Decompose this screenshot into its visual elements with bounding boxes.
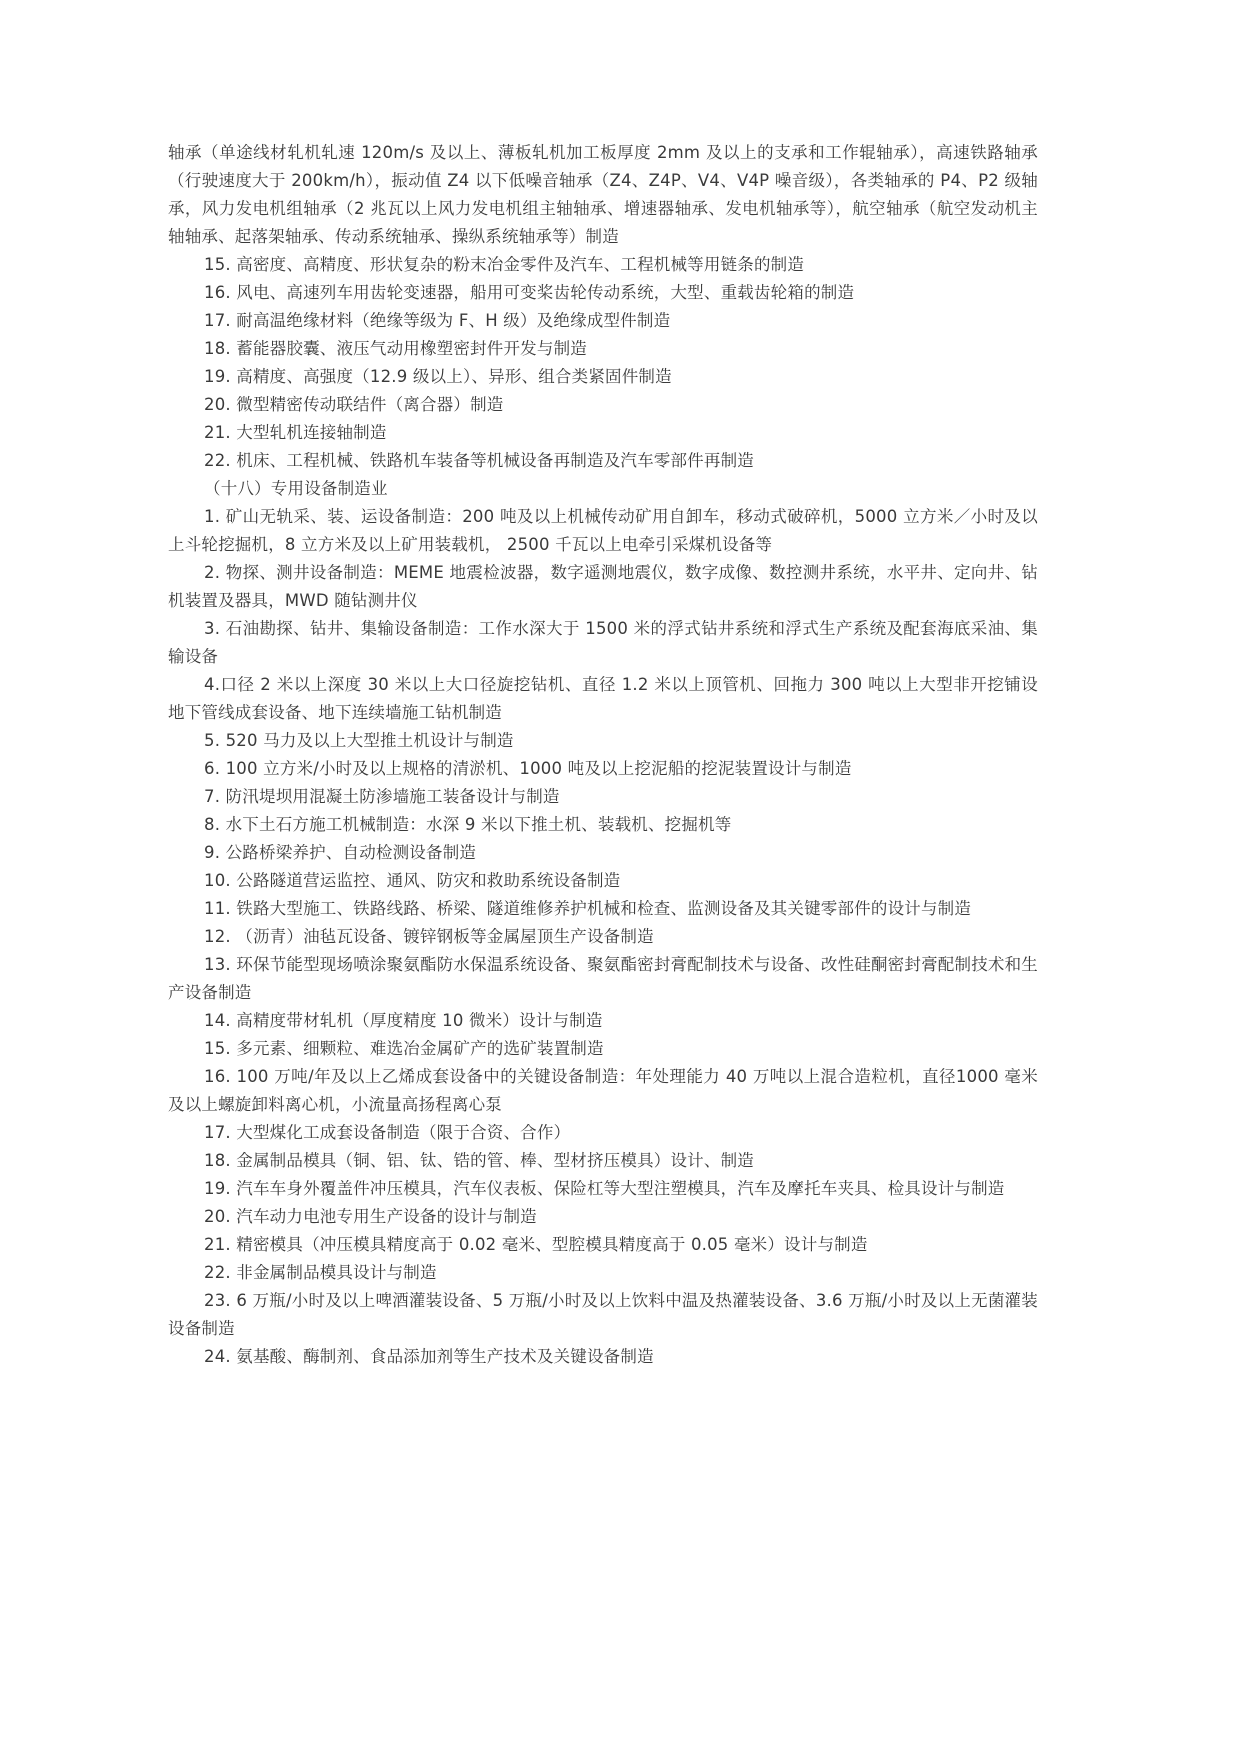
list-item-19-auto-dies: 19. 汽车车身外覆盖件冲压模具，汽车仪表板、保险杠等大型注塑模具，汽车及摩托车… — [168, 1175, 1038, 1203]
list-item-3-petroleum: 3. 石油勘探、钻井、集输设备制造：工作水深大于 1500 米的浮式钻井系统和浮… — [168, 615, 1038, 671]
list-item-21-rolling-shaft: 21. 大型轧机连接轴制造 — [168, 419, 1038, 447]
list-item-17-insulation: 17. 耐高温绝缘材料（绝缘等级为 F、H 级）及绝缘成型件制造 — [168, 307, 1038, 335]
list-item-24-food-additives: 24. 氨基酸、酶制剂、食品添加剂等生产技术及关键设备制造 — [168, 1343, 1038, 1371]
list-item-2-geophysical: 2. 物探、测井设备制造：MEME 地震检波器，数字遥测地震仪，数字成像、数控测… — [168, 559, 1038, 615]
list-item-14-rolling-mill: 14. 高精度带材轧机（厚度精度 10 微米）设计与制造 — [168, 1007, 1038, 1035]
list-item-8-underwater: 8. 水下土石方施工机械制造：水深 9 米以下推土机、装载机、挖掘机等 — [168, 811, 1038, 839]
list-item-21-precision-dies: 21. 精密模具（冲压模具精度高于 0.02 毫米、型腔模具精度高于 0.05 … — [168, 1231, 1038, 1259]
list-item-17-coal-chemical: 17. 大型煤化工成套设备制造（限于合资、合作） — [168, 1119, 1038, 1147]
list-item-13-polyurethane: 13. 环保节能型现场喷涂聚氨酯防水保温系统设备、聚氨酯密封膏配制技术与设备、改… — [168, 951, 1038, 1007]
list-item-22-remanufacturing: 22. 机床、工程机械、铁路机车装备等机械设备再制造及汽车零部件再制造 — [168, 447, 1038, 475]
list-item-12-roofing: 12. （沥青）油毡瓦设备、镀锌钢板等金属屋顶生产设备制造 — [168, 923, 1038, 951]
list-item-6-dredger: 6. 100 立方米/小时及以上规格的清淤机、1000 吨及以上挖泥船的挖泥装置… — [168, 755, 1038, 783]
list-item-16-gearbox: 16. 风电、高速列车用齿轮变速器，船用可变桨齿轮传动系统，大型、重载齿轮箱的制… — [168, 279, 1038, 307]
list-item-15-powder-metallurgy: 15. 高密度、高精度、形状复杂的粉末冶金零件及汽车、工程机械等用链条的制造 — [168, 251, 1038, 279]
list-item-1-mining: 1. 矿山无轨采、装、运设备制造：200 吨及以上机械传动矿用自卸车，移动式破碎… — [168, 503, 1038, 559]
list-item-5-bulldozer: 5. 520 马力及以上大型推土机设计与制造 — [168, 727, 1038, 755]
list-item-22-nonmetal-dies: 22. 非金属制品模具设计与制造 — [168, 1259, 1038, 1287]
list-item-10-tunnel: 10. 公路隧道营运监控、通风、防灾和救助系统设备制造 — [168, 867, 1038, 895]
list-item-7-flood-control: 7. 防汛堤坝用混凝土防渗墙施工装备设计与制造 — [168, 783, 1038, 811]
list-item-20-battery: 20. 汽车动力电池专用生产设备的设计与制造 — [168, 1203, 1038, 1231]
list-item-16-ethylene: 16. 100 万吨/年及以上乙烯成套设备中的关键设备制造：年处理能力 40 万… — [168, 1063, 1038, 1119]
document-page: 轴承（单途线材轧机轧速 120m/s 及以上、薄板轧机加工板厚度 2mm 及以上… — [168, 139, 1038, 1371]
list-item-11-railway: 11. 铁路大型施工、铁路线路、桥梁、隧道维修养护机械和检查、监测设备及其关键零… — [168, 895, 1038, 923]
list-item-9-bridge: 9. 公路桥梁养护、自动检测设备制造 — [168, 839, 1038, 867]
list-item-4-drilling: 4.口径 2 米以上深度 30 米以上大口径旋挖钻机、直径 1.2 米以上顶管机… — [168, 671, 1038, 727]
list-item-20-clutch: 20. 微型精密传动联结件（离合器）制造 — [168, 391, 1038, 419]
section-heading-special-equipment: （十八）专用设备制造业 — [168, 475, 1038, 503]
paragraph-bearings-continuation: 轴承（单途线材轧机轧速 120m/s 及以上、薄板轧机加工板厚度 2mm 及以上… — [168, 139, 1038, 251]
list-item-18-metal-dies: 18. 金属制品模具（铜、铝、钛、锆的管、棒、型材挤压模具）设计、制造 — [168, 1147, 1038, 1175]
list-item-18-seals: 18. 蓄能器胶囊、液压气动用橡塑密封件开发与制造 — [168, 335, 1038, 363]
list-item-15-ore-processing: 15. 多元素、细颗粒、难选冶金属矿产的选矿装置制造 — [168, 1035, 1038, 1063]
list-item-23-filling: 23. 6 万瓶/小时及以上啤酒灌装设备、5 万瓶/小时及以上饮料中温及热灌装设… — [168, 1287, 1038, 1343]
list-item-19-fasteners: 19. 高精度、高强度（12.9 级以上）、异形、组合类紧固件制造 — [168, 363, 1038, 391]
